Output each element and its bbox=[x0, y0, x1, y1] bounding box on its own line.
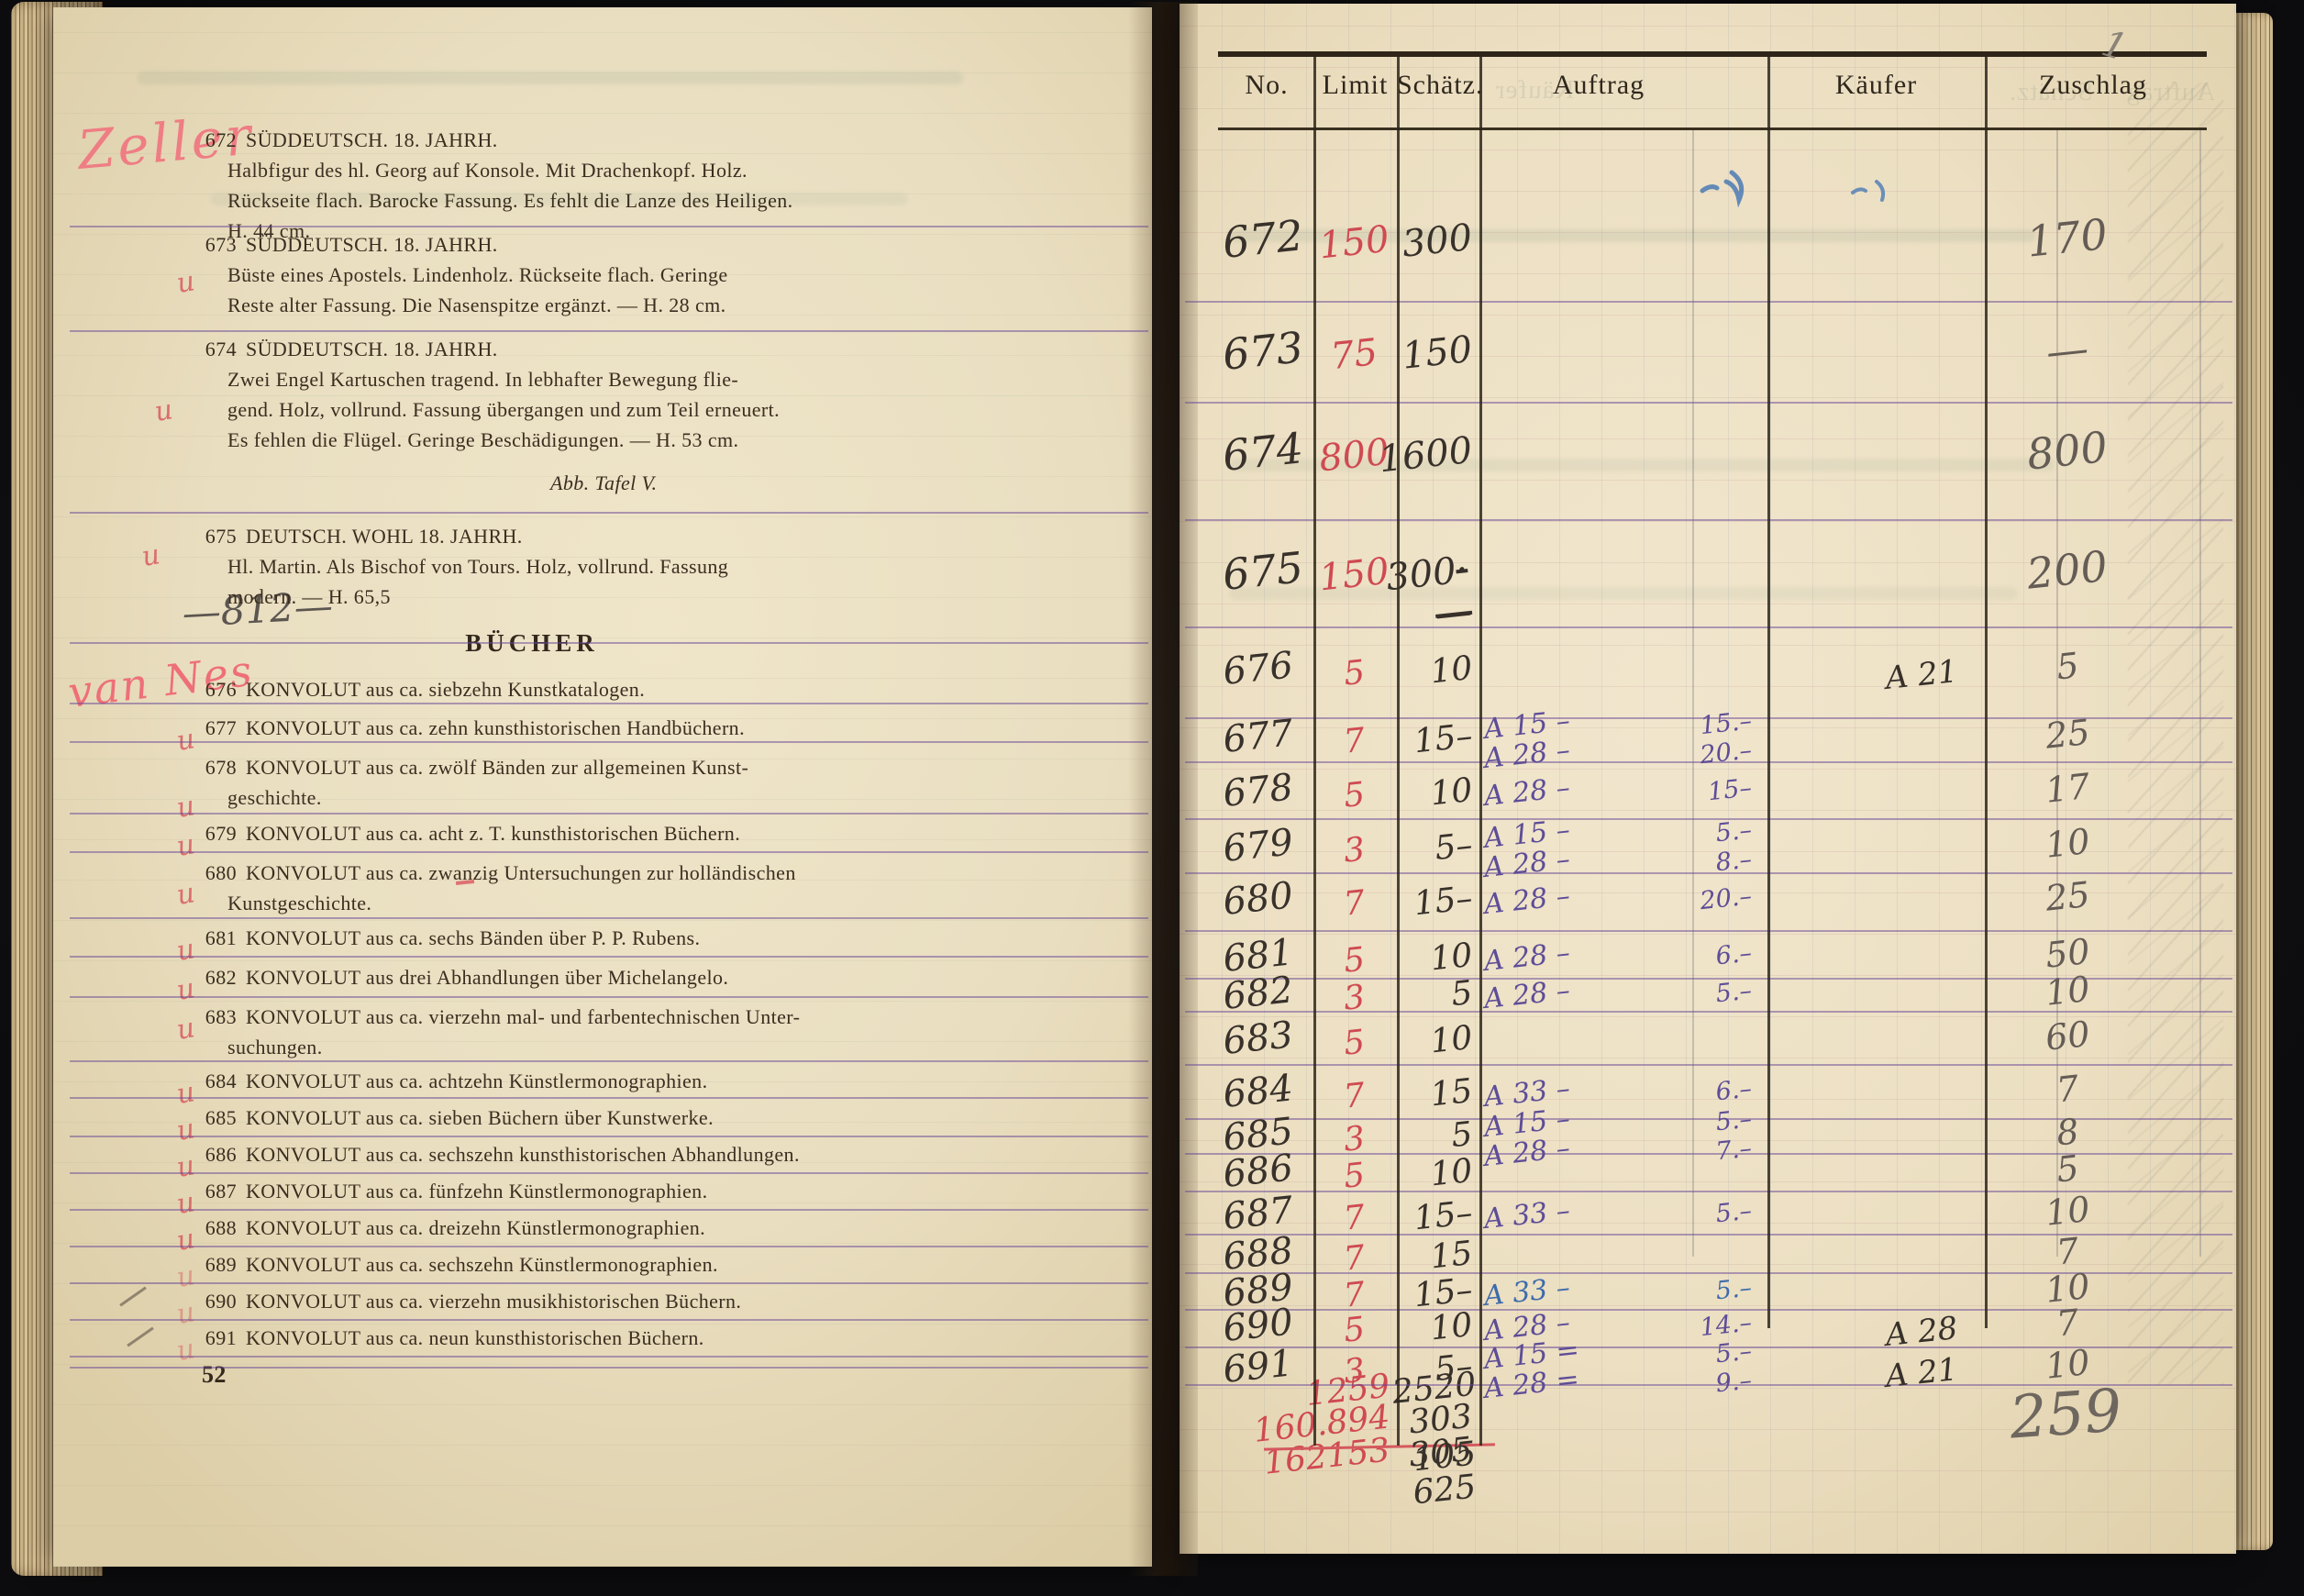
table-column-line-faint bbox=[2199, 130, 2201, 1257]
column-header-limit: Limit bbox=[1313, 70, 1397, 101]
entry-number: 681 bbox=[194, 925, 237, 952]
entry-title: KONVOLUT aus ca. sechszehn kunsthistoris… bbox=[246, 1141, 860, 1169]
row-separator-line bbox=[70, 1209, 1148, 1211]
row-separator-line bbox=[1185, 519, 2232, 521]
entry-title: KONVOLUT aus ca. fünfzehn Künstlermonogr… bbox=[246, 1178, 860, 1205]
entry-title: KONVOLUT aus ca. siebzehn Kunstkatalogen… bbox=[246, 676, 860, 704]
entry-title: SÜDDEUTSCH. 18. JAHRH. bbox=[246, 127, 860, 154]
row-separator-line bbox=[70, 1282, 1148, 1284]
row-separator-line bbox=[70, 917, 1148, 919]
table-column-line bbox=[1985, 57, 1988, 1328]
entry-number: 677 bbox=[194, 715, 237, 742]
entry-line: Rückseite flach. Barocke Fassung. Es feh… bbox=[227, 187, 870, 215]
entry-title: SÜDDEUTSCH. 18. JAHRH. bbox=[246, 231, 860, 259]
row-separator-line bbox=[1185, 626, 2232, 628]
row-separator-line bbox=[70, 703, 1148, 704]
row-separator-line bbox=[70, 956, 1148, 958]
row-separator-line bbox=[70, 1319, 1148, 1321]
table-column-line bbox=[1479, 57, 1482, 1446]
column-header-zuschlag: Zuschlag bbox=[1985, 70, 2201, 101]
entry-plate-note: Abb. Tafel V. bbox=[550, 470, 770, 497]
estimate-grand-total: 305 625 bbox=[1340, 1431, 1478, 1519]
entry-title: KONVOLUT aus ca. vierzehn mal- und farbe… bbox=[246, 1003, 860, 1031]
entry-number: 672 bbox=[194, 127, 237, 154]
blue-pencil-mark bbox=[1849, 174, 1904, 210]
entry-line: Es fehlen die Flügel. Geringe Beschädigu… bbox=[227, 427, 870, 454]
entry-title: KONVOLUT aus ca. acht z. T. kunsthistori… bbox=[246, 820, 860, 848]
entry-number: 691 bbox=[194, 1324, 237, 1352]
entry-number: 684 bbox=[194, 1068, 237, 1095]
row-separator-line bbox=[70, 1172, 1148, 1174]
lot-number: 672 bbox=[1220, 209, 1316, 268]
table-column-line bbox=[1767, 57, 1770, 1328]
row-separator-line bbox=[70, 226, 1148, 227]
entry-title: KONVOLUT aus ca. sechszehn Künstlermonog… bbox=[246, 1251, 860, 1279]
bleed-through-line bbox=[138, 72, 963, 84]
entry-line: Hl. Martin. Als Bischof von Tours. Holz,… bbox=[227, 553, 870, 581]
entry-title: KONVOLUT aus ca. zwölf Bänden zur allgem… bbox=[246, 754, 860, 781]
book-gutter-shadow bbox=[1128, 2, 1198, 1576]
bleed-through-numbers-column bbox=[2128, 83, 2223, 1385]
page-number: 52 bbox=[202, 1361, 227, 1389]
entry-number: 688 bbox=[194, 1214, 237, 1242]
row-separator-line bbox=[1185, 1064, 2232, 1066]
row-separator-line bbox=[70, 642, 1148, 644]
entry-line: Kunstgeschichte. bbox=[227, 890, 870, 917]
row-separator-line bbox=[70, 330, 1148, 332]
blue-pencil-mark bbox=[1697, 167, 1770, 214]
estimate-value: 300·— bbox=[1357, 549, 1474, 644]
entry-title: KONVOLUT aus ca. dreizehn Künstlermonogr… bbox=[246, 1214, 860, 1242]
entry-number: 682 bbox=[194, 964, 237, 992]
lot-number: 674 bbox=[1220, 422, 1316, 481]
row-separator-line bbox=[70, 1097, 1148, 1099]
row-separator-line bbox=[70, 851, 1148, 853]
entry-title: KONVOLUT aus ca. achtzehn Künstlermonogr… bbox=[246, 1068, 860, 1095]
lot-number: 675 bbox=[1220, 541, 1316, 600]
entry-number: 678 bbox=[194, 754, 237, 781]
row-separator-line bbox=[70, 813, 1148, 815]
entry-number: 675 bbox=[194, 523, 237, 550]
entry-number: 687 bbox=[194, 1178, 237, 1205]
entry-number: 680 bbox=[194, 859, 237, 887]
entry-title: DEUTSCH. WOHL 18. JAHRH. bbox=[246, 523, 860, 550]
entry-title: KONVOLUT aus ca. zwanzig Untersuchungen … bbox=[246, 859, 860, 887]
row-separator-line bbox=[70, 741, 1148, 743]
entry-line: suchungen. bbox=[227, 1034, 870, 1061]
entry-number: 690 bbox=[194, 1288, 237, 1315]
entry-title: KONVOLUT aus drei Abhandlungen über Mich… bbox=[246, 964, 860, 992]
entry-number: 689 bbox=[194, 1251, 237, 1279]
column-header-kaeufer: Käufer bbox=[1767, 70, 1985, 101]
entry-line: Büste eines Apostels. Lindenholz. Rückse… bbox=[227, 261, 870, 289]
row-separator-line bbox=[70, 512, 1148, 514]
entry-line: geschichte. bbox=[227, 784, 870, 812]
row-separator-line bbox=[1185, 301, 2232, 303]
entry-number: 685 bbox=[194, 1104, 237, 1132]
entry-title: KONVOLUT aus ca. zehn kunsthistorischen … bbox=[246, 715, 860, 742]
entry-title: KONVOLUT aus ca. vierzehn musikhistorisc… bbox=[246, 1288, 860, 1315]
row-separator-line bbox=[70, 1246, 1148, 1247]
entry-title: KONVOLUT aus ca. sechs Bänden über P. P.… bbox=[246, 925, 860, 952]
lot-number: 673 bbox=[1220, 321, 1316, 380]
row-separator-line bbox=[70, 1136, 1148, 1137]
entry-line: Halbfigur des hl. Georg auf Konsole. Mit… bbox=[227, 157, 870, 184]
entry-line: modern. — H. 65,5 bbox=[227, 583, 870, 611]
entry-line: Reste alter Fassung. Die Nasenspitze erg… bbox=[227, 292, 870, 319]
entry-number: 676 bbox=[194, 676, 237, 704]
row-separator-line bbox=[70, 1060, 1148, 1062]
book-page-edges-right bbox=[2232, 13, 2273, 1550]
row-separator-line bbox=[1185, 402, 2232, 404]
scanned-auction-ledger: Käufer Schätz. Auftrag Zeller van Nes —8… bbox=[0, 0, 2304, 1596]
entry-number: 674 bbox=[194, 336, 237, 363]
row-separator-line bbox=[70, 1356, 1148, 1358]
entry-title: KONVOLUT aus ca. sieben Büchern über Kun… bbox=[246, 1104, 860, 1132]
buyer-value: A 21 bbox=[1884, 653, 1959, 697]
entry-line: Zwei Engel Kartuschen tragend. In lebhaf… bbox=[227, 366, 870, 393]
entry-title: KONVOLUT aus ca. neun kunsthistorischen … bbox=[246, 1324, 860, 1352]
buyer-value: A 28 bbox=[1884, 1310, 1959, 1354]
table-top-rule bbox=[1218, 51, 2207, 57]
entry-line: gend. Holz, vollrund. Fassung übergangen… bbox=[227, 396, 870, 424]
buyer-value: A 21 bbox=[1884, 1351, 1959, 1395]
entry-number: 683 bbox=[194, 1003, 237, 1031]
column-header-no: No. bbox=[1220, 70, 1313, 101]
entry-number: 673 bbox=[194, 231, 237, 259]
entry-number: 686 bbox=[194, 1141, 237, 1169]
row-separator-line bbox=[70, 1367, 1148, 1369]
row-separator-line bbox=[70, 996, 1148, 998]
column-header-auftrag: Auftrag bbox=[1479, 70, 1718, 101]
entry-number: 679 bbox=[194, 820, 237, 848]
entry-title: SÜDDEUTSCH. 18. JAHRH. bbox=[246, 336, 860, 363]
table-header-rule bbox=[1218, 127, 2207, 130]
column-header-schaetz: Schätz. bbox=[1397, 70, 1479, 101]
